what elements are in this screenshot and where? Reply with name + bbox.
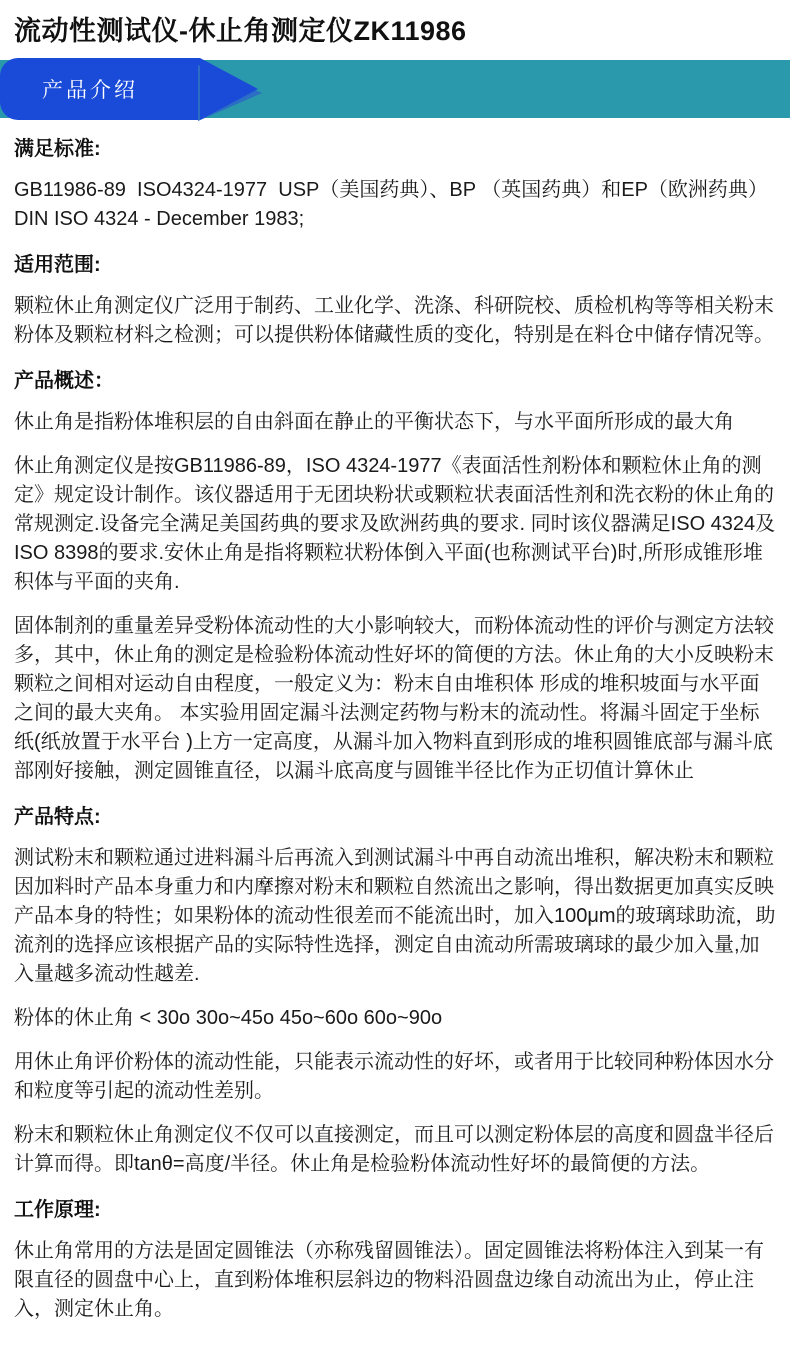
section-banner: 产品介绍 [0,60,790,118]
paragraph-features-evaluation: 用休止角评价粉体的流动性能，只能表示流动性的好坏，或者用于比较同种粉体因水分和粒… [14,1048,776,1106]
heading-features: 产品特点: [14,805,776,829]
section-overview: 产品概述： 休止角是指粉体堆积层的自由斜面在静止的平衡状态下，与水平面所形成的最… [14,369,776,786]
paragraph-features-calculation: 粉末和颗粒休止角测定仪不仅可以直接测定，而且可以测定粉体层的高度和圆盘半径后计算… [14,1121,776,1179]
paragraph-standards-list: GB11986-89 ISO4324-1977 USP（美国药典）、BP （英国… [14,176,776,234]
section-features: 产品特点: 测试粉末和颗粒通过进料漏斗后再流入到测试漏斗中再自动流出堆积，解决粉… [14,805,776,1179]
section-scope: 适用范围: 颗粒休止角测定仪广泛用于制药、工业化学、洗涤、科研院校、质检机构等等… [14,253,776,350]
paragraph-overview-standards: 休止角测定仪是按GB11986-89，ISO 4324-1977《表面活性剂粉体… [14,452,776,597]
paragraph-principle: 休止角常用的方法是固定圆锥法（亦称残留圆锥法）。固定圆锥法将粉体注入到某一有限直… [14,1237,776,1324]
paragraph-features-flow: 测试粉末和颗粒通过进料漏斗后再流入到测试漏斗中再自动流出堆积，解决粉末和颗粒因加… [14,844,776,989]
paragraph-overview-method: 固体制剂的重量差异受粉体流动性的大小影响较大，而粉体流动性的评价与测定方法较多，… [14,612,776,786]
section-principle: 工作原理: 休止角常用的方法是固定圆锥法（亦称残留圆锥法）。固定圆锥法将粉体注入… [14,1198,776,1324]
heading-scope: 适用范围: [14,253,776,277]
banner-label: 产品介绍 [0,74,138,104]
heading-overview: 产品概述： [14,369,776,393]
paragraph-scope: 颗粒休止角测定仪广泛用于制药、工业化学、洗涤、科研院校、质检机构等等相关粉末粉体… [14,292,776,350]
heading-principle: 工作原理: [14,1198,776,1222]
paragraph-features-angle-ranges: 粉体的休止角 < 30o 30o~45o 45o~60o 60o~90o [14,1004,776,1033]
heading-standards: 满足标准: [14,137,776,161]
paragraph-overview-definition: 休止角是指粉体堆积层的自由斜面在静止的平衡状态下，与水平面所形成的最大角 [14,408,776,437]
banner-arrow: 产品介绍 [0,58,200,120]
product-description-page: 流动性测试仪-休止角测定仪ZK11986 产品介绍 满足标准: GB11986-… [0,14,790,1342]
section-standards: 满足标准: GB11986-89 ISO4324-1977 USP（美国药典）、… [14,137,776,234]
page-title: 流动性测试仪-休止角测定仪ZK11986 [14,14,776,48]
